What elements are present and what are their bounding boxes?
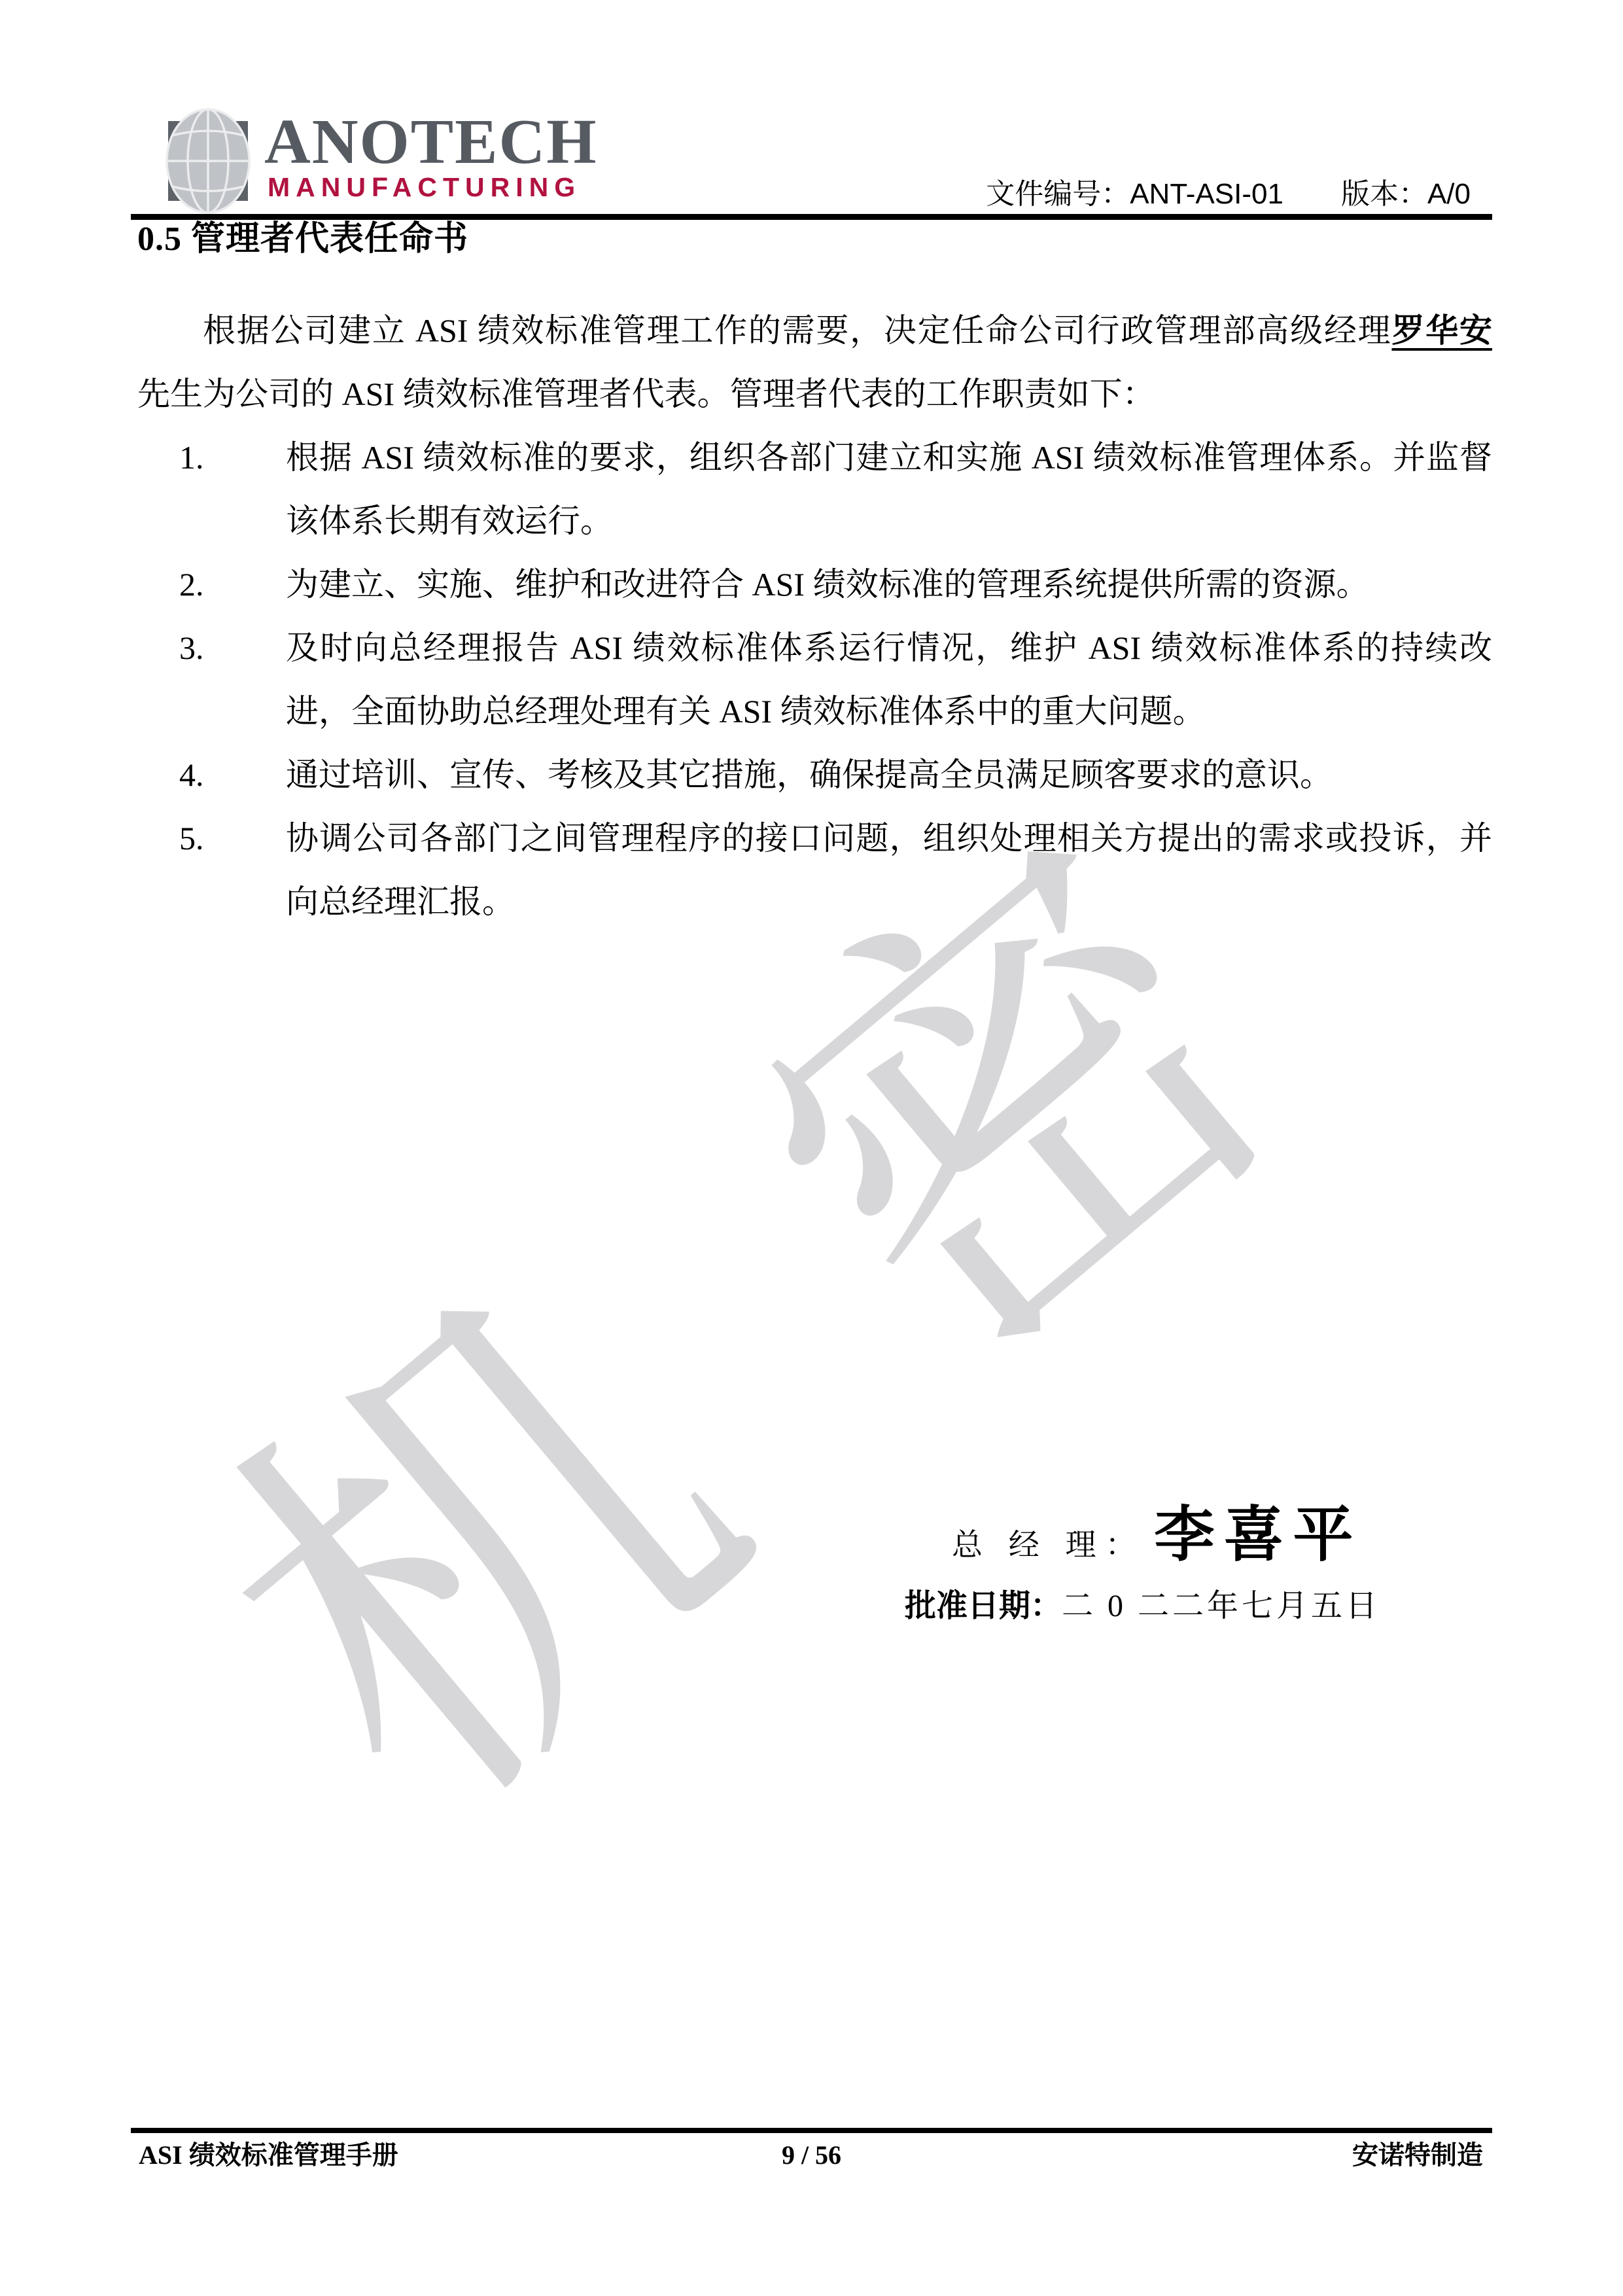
general-manager-name: 李喜平 [1155, 1502, 1363, 1568]
footer-divider [131, 2128, 1492, 2133]
list-item-line: 根据 ASI 绩效标准的要求，组织各部门建立和实施 ASI 绩效标准管理体系。并… [286, 426, 1492, 489]
version-label: 版本： [1341, 178, 1427, 210]
version-value: A/0 [1427, 178, 1471, 210]
list-item-line: 该体系长期有效运行。 [286, 489, 1492, 553]
list-item-line: 为建立、实施、维护和改进符合 ASI 绩效标准的管理系统提供所需的资源。 [286, 553, 1492, 616]
list-item: 1. 根据 ASI 绩效标准的要求，组织各部门建立和实施 ASI 绩效标准管理体… [137, 426, 1492, 553]
list-item-number: 1. [179, 426, 204, 489]
list-item-line: 及时向总经理报告 ASI 绩效标准体系运行情况，维护 ASI 绩效标准体系的持续… [286, 616, 1492, 680]
document-page: 机密 ANOTECH MANUFACTURING 文件编号：ANT-ASI-01… [0, 0, 1623, 2296]
intro-paragraph-line: 先生为公司的 ASI 绩效标准管理者代表。管理者代表的工作职责如下： [137, 362, 1492, 426]
list-item: 5. 协调公司各部门之间管理程序的接口问题，组织处理相关方提出的需求或投诉，并 … [137, 807, 1492, 934]
list-item-number: 4. [179, 743, 204, 807]
header-divider [131, 214, 1492, 220]
approval-date-label: 批准日期： [905, 1589, 1062, 1623]
brand-name: ANOTECH [264, 110, 598, 174]
brand-subtitle: MANUFACTURING [268, 174, 581, 201]
intro-text: 根据公司建立 ASI 绩效标准管理工作的需要，决定任命公司行政管理部高级经理 [203, 312, 1391, 349]
company-logo [160, 107, 256, 218]
approval-date-block: 批准日期：二 0 二二年七月五日 [905, 1587, 1380, 1626]
document-meta: 文件编号：ANT-ASI-01版本：A/0 [986, 177, 1471, 212]
footer-company-name: 安诺特制造 [1352, 2140, 1483, 2171]
list-item-line: 协调公司各部门之间管理程序的接口问题，组织处理相关方提出的需求或投诉，并 [286, 807, 1492, 870]
list-item: 4. 通过培训、宣传、考核及其它措施，确保提高全员满足顾客要求的意识。 [137, 743, 1492, 807]
list-item-line: 进，全面协助总经理处理有关 ASI 绩效标准体系中的重大问题。 [286, 680, 1492, 743]
list-item-line: 向总经理汇报。 [286, 870, 1492, 934]
doc-number-label: 文件编号： [986, 178, 1130, 210]
doc-number: ANT-ASI-01 [1130, 178, 1283, 210]
list-item-number: 5. [179, 807, 204, 870]
body-text: 根据公司建立 ASI 绩效标准管理工作的需要，决定任命公司行政管理部高级经理罗华… [137, 299, 1492, 934]
manager-name: 罗华安 [1391, 312, 1492, 349]
page-number: 9 / 56 [782, 2140, 841, 2171]
list-item-number: 2. [179, 553, 204, 616]
page-title: 0.5 管理者代表任命书 [137, 220, 468, 259]
list-item: 2. 为建立、实施、维护和改进符合 ASI 绩效标准的管理系统提供所需的资源。 [137, 553, 1492, 616]
role-label: 总 经 理： [952, 1528, 1145, 1563]
list-item-number: 3. [179, 616, 204, 680]
approval-date: 二 0 二二年七月五日 [1062, 1589, 1380, 1623]
intro-paragraph-line: 根据公司建立 ASI 绩效标准管理工作的需要，决定任命公司行政管理部高级经理罗华… [137, 299, 1492, 362]
footer-manual-title: ASI 绩效标准管理手册 [139, 2140, 398, 2171]
signature-block: 总 经 理：李喜平 [952, 1487, 1363, 1573]
list-item: 3. 及时向总经理报告 ASI 绩效标准体系运行情况，维护 ASI 绩效标准体系… [137, 616, 1492, 743]
list-item-line: 通过培训、宣传、考核及其它措施，确保提高全员满足顾客要求的意识。 [286, 743, 1492, 807]
